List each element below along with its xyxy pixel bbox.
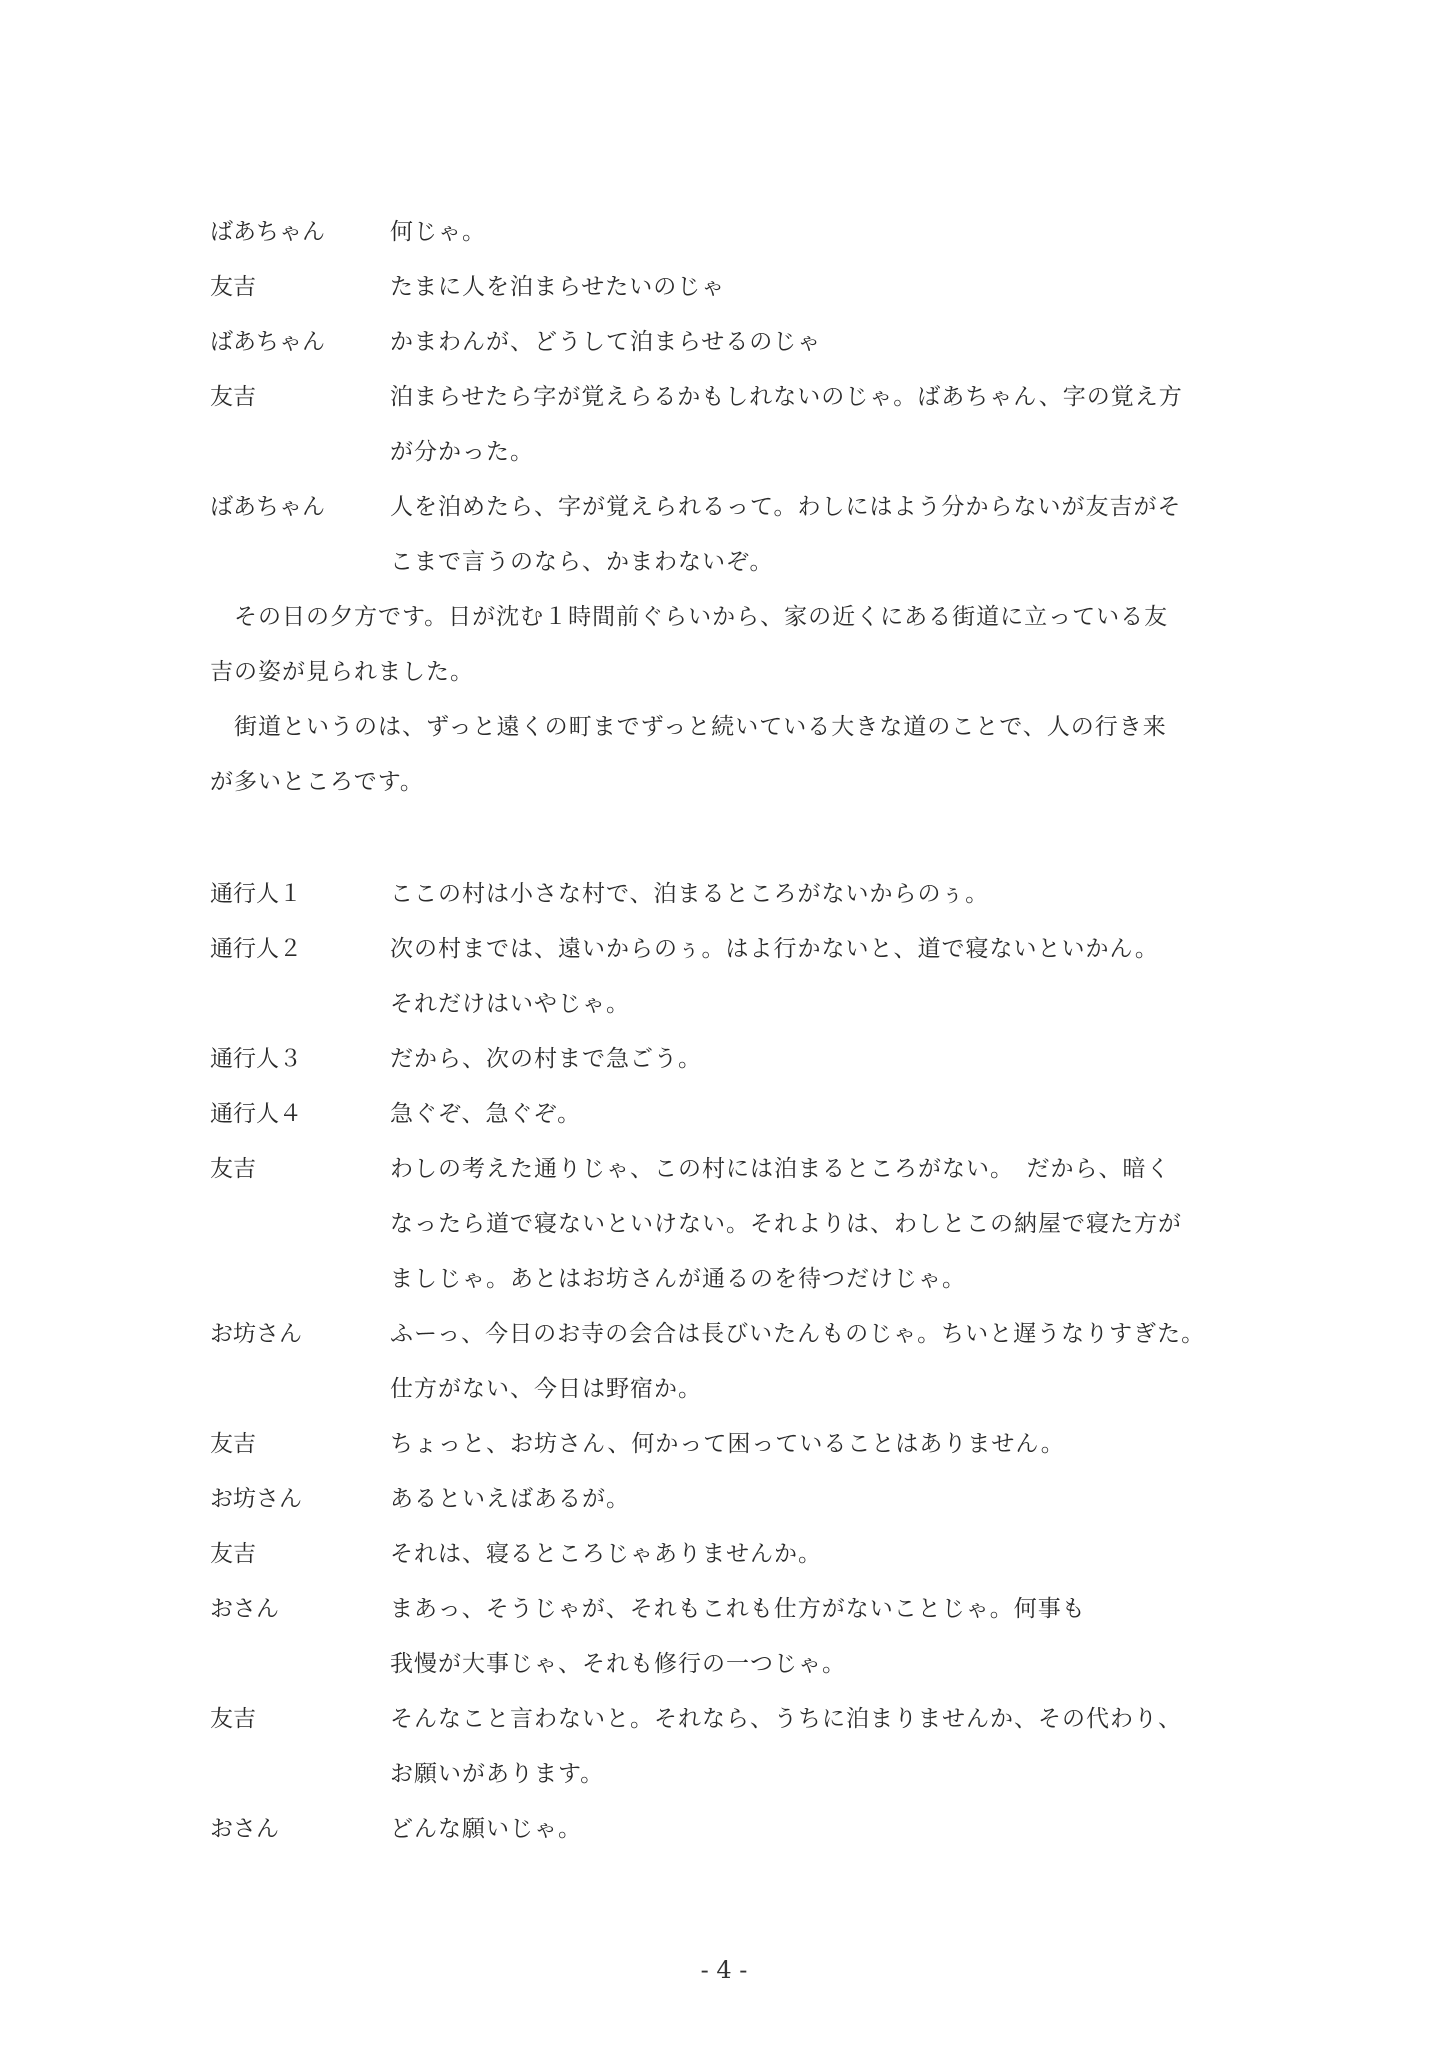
dialogue-line: おさん どんな願いじゃ。 — [210, 1809, 1250, 1864]
dialogue-continuation: が分かった。 — [210, 432, 1250, 487]
speaker-name: 通行人２ — [210, 929, 385, 969]
speaker-name: 通行人４ — [210, 1094, 385, 1134]
dialogue-line: 通行人２ 次の村までは、遠いからのぅ。はよ行かないと、道で寝ないといかん。 — [210, 929, 1250, 984]
dialogue-text: だから、次の村まで急ごう。 — [390, 1039, 1250, 1079]
speaker-name: ばあちゃん — [210, 212, 385, 252]
speaker-name: お坊さん — [210, 1314, 385, 1354]
dialogue-text: 次の村までは、遠いからのぅ。はよ行かないと、道で寝ないといかん。 — [390, 929, 1250, 969]
page-number: - 4 - — [0, 1955, 1448, 1985]
speaker-name: 友吉 — [210, 1149, 385, 1189]
dialogue-text: こまで言うのなら、かまわないぞ。 — [390, 542, 1250, 582]
dialogue-text: ここの村は小さな村で、泊まるところがないからのぅ。 — [390, 874, 1250, 914]
dialogue-line: 友吉 そんなこと言わないと。それなら、うちに泊まりませんか、その代わり、 — [210, 1699, 1250, 1754]
narration-line: 吉の姿が見られました。 — [210, 652, 1250, 707]
speaker-name: 通行人３ — [210, 1039, 385, 1079]
dialogue-line: 通行人１ ここの村は小さな村で、泊まるところがないからのぅ。 — [210, 874, 1250, 929]
dialogue-continuation: お願いがあります。 — [210, 1754, 1250, 1809]
narration-line: が多いところです。 — [210, 762, 1250, 817]
dialogue-text: 急ぐぞ、急ぐぞ。 — [390, 1094, 1250, 1134]
dialogue-text: それだけはいやじゃ。 — [390, 984, 1250, 1024]
dialogue-continuation: 我慢が大事じゃ、それも修行の一つじゃ。 — [210, 1644, 1250, 1699]
dialogue-line: ばあちゃん 人を泊めたら、字が覚えられるって。わしにはよう分からないが友吉がそ — [210, 487, 1250, 542]
dialogue-line: 通行人３ だから、次の村まで急ごう。 — [210, 1039, 1250, 1094]
dialogue-text: なったら道で寝ないといけない。それよりは、わしとこの納屋で寝た方が — [390, 1204, 1250, 1244]
dialogue-continuation: こまで言うのなら、かまわないぞ。 — [210, 542, 1250, 597]
speaker-name: ばあちゃん — [210, 322, 385, 362]
speaker-name: 友吉 — [210, 1699, 385, 1739]
narration-text: 街道というのは、ずっと遠くの町までずっと続いている大きな道のことで、人の行き来 — [234, 707, 1250, 747]
dialogue-text: 泊まらせたら字が覚えらるかもしれないのじゃ。ばあちゃん、字の覚え方 — [390, 377, 1250, 417]
dialogue-text: 何じゃ。 — [390, 212, 1250, 252]
dialogue-text: たまに人を泊まらせたいのじゃ — [390, 267, 1250, 307]
speaker-name: おさん — [210, 1589, 385, 1629]
dialogue-text: あるといえばあるが。 — [390, 1479, 1250, 1519]
dialogue-line: 友吉 たまに人を泊まらせたいのじゃ — [210, 267, 1250, 322]
dialogue-line: 友吉 ちょっと、お坊さん、何かって困っていることはありません。 — [210, 1424, 1250, 1479]
dialogue-continuation: ましじゃ。あとはお坊さんが通るのを待つだけじゃ。 — [210, 1259, 1250, 1314]
dialogue-text: まあっ、そうじゃが、それもこれも仕方がないことじゃ。何事も — [390, 1589, 1250, 1629]
dialogue-text: それは、寝るところじゃありませんか。 — [390, 1534, 1250, 1574]
dialogue-line: ばあちゃん 何じゃ。 — [210, 212, 1250, 267]
dialogue-text: が分かった。 — [390, 432, 1250, 472]
dialogue-line: 友吉 わしの考えた通りじゃ、この村には泊まるところがない。 だから、暗く — [210, 1149, 1250, 1204]
dialogue-continuation: それだけはいやじゃ。 — [210, 984, 1250, 1039]
narration-text: が多いところです。 — [210, 762, 1250, 802]
narration-text: 吉の姿が見られました。 — [210, 652, 1250, 692]
dialogue-text: ふーっ、今日のお寺の会合は長びいたんものじゃ。ちいと遅うなりすぎた。 — [390, 1314, 1250, 1354]
dialogue-text: ちょっと、お坊さん、何かって困っていることはありません。 — [390, 1424, 1250, 1464]
dialogue-line: お坊さん あるといえばあるが。 — [210, 1479, 1250, 1534]
dialogue-text: かまわんが、どうして泊まらせるのじゃ — [390, 322, 1250, 362]
dialogue-text: どんな願いじゃ。 — [390, 1809, 1250, 1849]
narration-line: その日の夕方です。日が沈む１時間前ぐらいから、家の近くにある街道に立っている友 — [210, 597, 1250, 652]
narration-text: その日の夕方です。日が沈む１時間前ぐらいから、家の近くにある街道に立っている友 — [234, 597, 1250, 637]
dialogue-text: わしの考えた通りじゃ、この村には泊まるところがない。 だから、暗く — [390, 1149, 1250, 1189]
dialogue-line: おさん まあっ、そうじゃが、それもこれも仕方がないことじゃ。何事も — [210, 1589, 1250, 1644]
dialogue-text: 我慢が大事じゃ、それも修行の一つじゃ。 — [390, 1644, 1250, 1684]
dialogue-continuation: 仕方がない、今日は野宿か。 — [210, 1369, 1250, 1424]
narration-line: 街道というのは、ずっと遠くの町までずっと続いている大きな道のことで、人の行き来 — [210, 707, 1250, 762]
section-gap — [210, 817, 1250, 874]
dialogue-text: 仕方がない、今日は野宿か。 — [390, 1369, 1250, 1409]
speaker-name: お坊さん — [210, 1479, 385, 1519]
document-page: ばあちゃん 何じゃ。 友吉 たまに人を泊まらせたいのじゃ ばあちゃん かまわんが… — [0, 0, 1448, 2048]
dialogue-line: お坊さん ふーっ、今日のお寺の会合は長びいたんものじゃ。ちいと遅うなりすぎた。 — [210, 1314, 1250, 1369]
dialogue-continuation: なったら道で寝ないといけない。それよりは、わしとこの納屋で寝た方が — [210, 1204, 1250, 1259]
script-body: ばあちゃん 何じゃ。 友吉 たまに人を泊まらせたいのじゃ ばあちゃん かまわんが… — [210, 212, 1250, 1864]
speaker-name: ばあちゃん — [210, 487, 385, 527]
dialogue-text: お願いがあります。 — [390, 1754, 1250, 1794]
speaker-name: おさん — [210, 1809, 385, 1849]
speaker-name: 通行人１ — [210, 874, 385, 914]
dialogue-line: 通行人４ 急ぐぞ、急ぐぞ。 — [210, 1094, 1250, 1149]
dialogue-text: そんなこと言わないと。それなら、うちに泊まりませんか、その代わり、 — [390, 1699, 1250, 1739]
dialogue-line: ばあちゃん かまわんが、どうして泊まらせるのじゃ — [210, 322, 1250, 377]
dialogue-line: 友吉 それは、寝るところじゃありませんか。 — [210, 1534, 1250, 1589]
dialogue-text: ましじゃ。あとはお坊さんが通るのを待つだけじゃ。 — [390, 1259, 1250, 1299]
speaker-name: 友吉 — [210, 267, 385, 307]
speaker-name: 友吉 — [210, 1534, 385, 1574]
speaker-name: 友吉 — [210, 1424, 385, 1464]
dialogue-line: 友吉 泊まらせたら字が覚えらるかもしれないのじゃ。ばあちゃん、字の覚え方 — [210, 377, 1250, 432]
dialogue-text: 人を泊めたら、字が覚えられるって。わしにはよう分からないが友吉がそ — [390, 487, 1250, 527]
speaker-name: 友吉 — [210, 377, 385, 417]
